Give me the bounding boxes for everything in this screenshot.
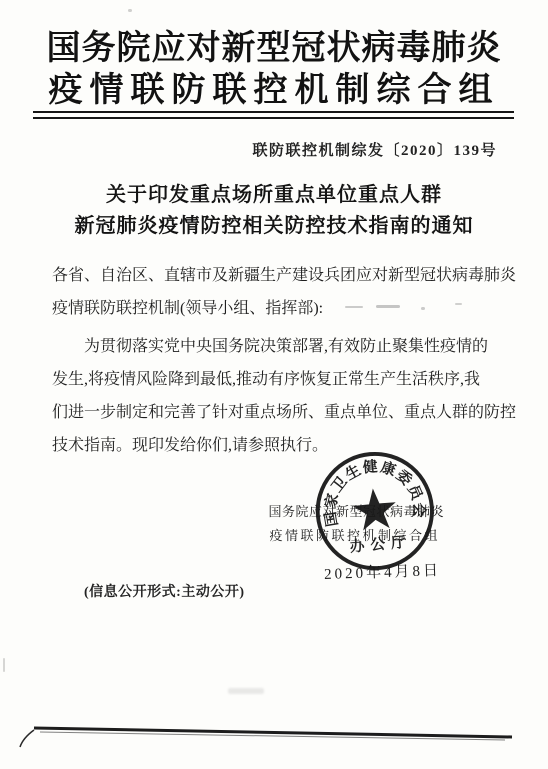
letterhead-org-line1: 国务院应对新型冠状病毒肺炎: [34, 27, 514, 69]
scan-smudge: [345, 306, 363, 308]
scan-smudge: [376, 305, 400, 308]
bottom-scan-line: [0, 700, 548, 769]
official-seal-stamp: 国家卫生健康委员会 办公厅: [306, 444, 445, 583]
body-line: 们进一步制定和完善了针对重点场所、重点单位、重点人群的防控: [52, 396, 500, 429]
info-disclosure-note: (信息公开形式:主动公开): [84, 581, 245, 601]
letterhead: 国务院应对新型冠状病毒肺炎 疫情联防联控机制综合组: [34, 27, 514, 111]
body-line: 为贯彻落实党中央国务院决策部署,有效防止聚集性疫情的: [52, 330, 500, 363]
addressee-line: 各省、自治区、直辖市及新疆生产建设兵团应对新型冠状病毒肺炎: [52, 259, 500, 292]
seal-star-icon: [351, 487, 398, 532]
scan-smudge: [455, 303, 462, 305]
seal-office-text: 办公厅: [349, 533, 412, 555]
notice-title: 关于印发重点场所重点单位重点人群 新冠肺炎疫情防控相关防控技术指南的通知: [0, 180, 548, 242]
scanned-document-page: 国务院应对新型冠状病毒肺炎 疫情联防联控机制综合组 联防联控机制综发〔2020〕…: [0, 0, 548, 769]
doc-number: 联防联控机制综发〔2020〕139号: [252, 139, 497, 160]
scan-smudge: [421, 307, 425, 310]
addressee-line: 疫情联防联控机制(领导小组、指挥部):: [52, 292, 500, 325]
body-line: 发生,将疫情风险降到最低,推动有序恢复正常生产生活秩序,我: [52, 363, 500, 396]
scan-smudge: [128, 9, 132, 12]
letterhead-org-line2: 疫情联防联控机制综合组: [34, 69, 514, 111]
body-paragraph: 为贯彻落实党中央国务院决策部署,有效防止聚集性疫情的 发生,将疫情风险降到最低,…: [52, 330, 500, 462]
scan-smudge: [228, 688, 264, 694]
letterhead-divider: [33, 111, 514, 119]
addressee-paragraph: 各省、自治区、直辖市及新疆生产建设兵团应对新型冠状病毒肺炎 疫情联防联控机制(领…: [52, 259, 500, 325]
scan-smudge: [3, 658, 5, 672]
notice-title-line1: 关于印发重点场所重点单位重点人群: [0, 180, 548, 211]
notice-title-line2: 新冠肺炎疫情防控相关防控技术指南的通知: [0, 211, 548, 242]
